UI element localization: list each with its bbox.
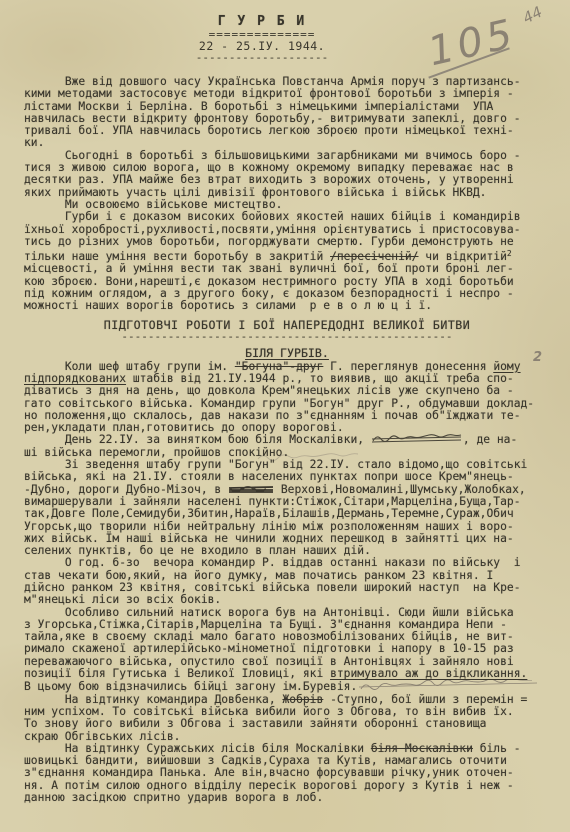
paragraph-block: Вже від довшого часу Українська Повстанч… bbox=[24, 76, 554, 248]
footnote-mark: 2 bbox=[507, 249, 512, 258]
text-segment: На відтинку Суражських лісів біля Москал… bbox=[24, 742, 371, 755]
typed-overstrike-smear bbox=[228, 485, 274, 495]
underlined-text: підпорядкованих bbox=[24, 372, 126, 385]
paragraph-line-with-strikeout: тільки наше уміння вести боротьбу в закр… bbox=[24, 248, 554, 263]
struck-text: /пересіченій/ bbox=[330, 250, 418, 263]
paragraph-block: вимаршерували і зайняли населені пункти:… bbox=[24, 496, 554, 668]
paragraph-block: ним успіхом. То совітські війська вибили… bbox=[24, 706, 554, 743]
paragraph-line-with-annotation: В цьому бою відзначились бійці загону ім… bbox=[24, 680, 554, 693]
text-segment: штабів від 21.ІУ.1944 р., то виявив, що … bbox=[126, 372, 514, 385]
document-body: Вже від довшого часу Українська Повстанч… bbox=[24, 76, 554, 804]
document-content: Г У Р Б И ============== 22 - 25.ІУ. 194… bbox=[24, 14, 554, 804]
struck-text: Жобрів bbox=[282, 693, 323, 706]
text-segment: тільки наше уміння вести боротьбу в закр… bbox=[24, 250, 330, 263]
paragraph-line-with-underline: позиції біля Гутиська і Великої Іловиці,… bbox=[24, 668, 554, 680]
paragraph-line-with-scribble: День 22.ІУ. за винятком бою біля Москалі… bbox=[24, 434, 554, 446]
text-segment: -Дубно, дороги Дубно-Мізоч, в bbox=[24, 483, 228, 496]
handwritten-pencil-annotation bbox=[357, 680, 539, 692]
date-underline: -------------------- bbox=[24, 53, 500, 63]
text-segment: біль - bbox=[473, 742, 521, 755]
paragraph-block: шовицькі бандити, вийшовши з Садків,Сура… bbox=[24, 755, 554, 804]
text-segment: чи відкритій bbox=[418, 250, 506, 263]
section-heading-block: ПІДГОТОВЧІ РОБОТИ І БОЇ НАПЕРЕДОДНІ ВЕЛИ… bbox=[24, 319, 550, 361]
text-segment: На відтинку командира Довбенка, bbox=[24, 693, 282, 706]
document-page: 44 105 2 Г У Р Б И ============== 22 - 2… bbox=[0, 0, 570, 832]
handwritten-scribble-crossed-out bbox=[371, 434, 463, 445]
underlined-text: втримувало аж до відкликання. bbox=[330, 667, 527, 680]
text-segment: В цьому бою відзначились бійці загону ім… bbox=[24, 680, 357, 693]
paragraph-block: ші війська перемогли, пройшов спокійно. … bbox=[24, 447, 554, 484]
section-heading-underline: ----------------------------------------… bbox=[24, 332, 550, 342]
document-title: Г У Р Б И bbox=[24, 14, 500, 29]
text-segment: Верхові,Новомалині,Шумську,Жолобках, bbox=[274, 483, 526, 496]
text-segment: , де на- bbox=[463, 433, 517, 446]
paragraph-block: місцевості, а й уміння вести так звані в… bbox=[24, 263, 554, 312]
document-header: Г У Р Б И ============== 22 - 25.ІУ. 194… bbox=[24, 14, 500, 63]
text-segment: позиції біля Гутиська і Великої Іловиці,… bbox=[24, 667, 330, 680]
text-segment: Коли шеф штабу групи ім. bbox=[24, 360, 235, 373]
section-subheading: БІЛЯ ГУРБІВ. bbox=[245, 346, 329, 360]
text-segment: -Ступно, бої йшли з перемін = bbox=[323, 693, 527, 706]
struck-text: "Богуна"-друг bbox=[235, 360, 323, 373]
paragraph-block: діватись з дня на день, що довкола Крем"… bbox=[24, 385, 554, 434]
text-segment: День 22.ІУ. за винятком бою біля Москалі… bbox=[24, 433, 371, 446]
underlined-text: йому bbox=[493, 360, 520, 373]
struck-text: біля Москалівки bbox=[371, 742, 473, 755]
text-segment: Г. переглянув донесення bbox=[323, 360, 493, 373]
